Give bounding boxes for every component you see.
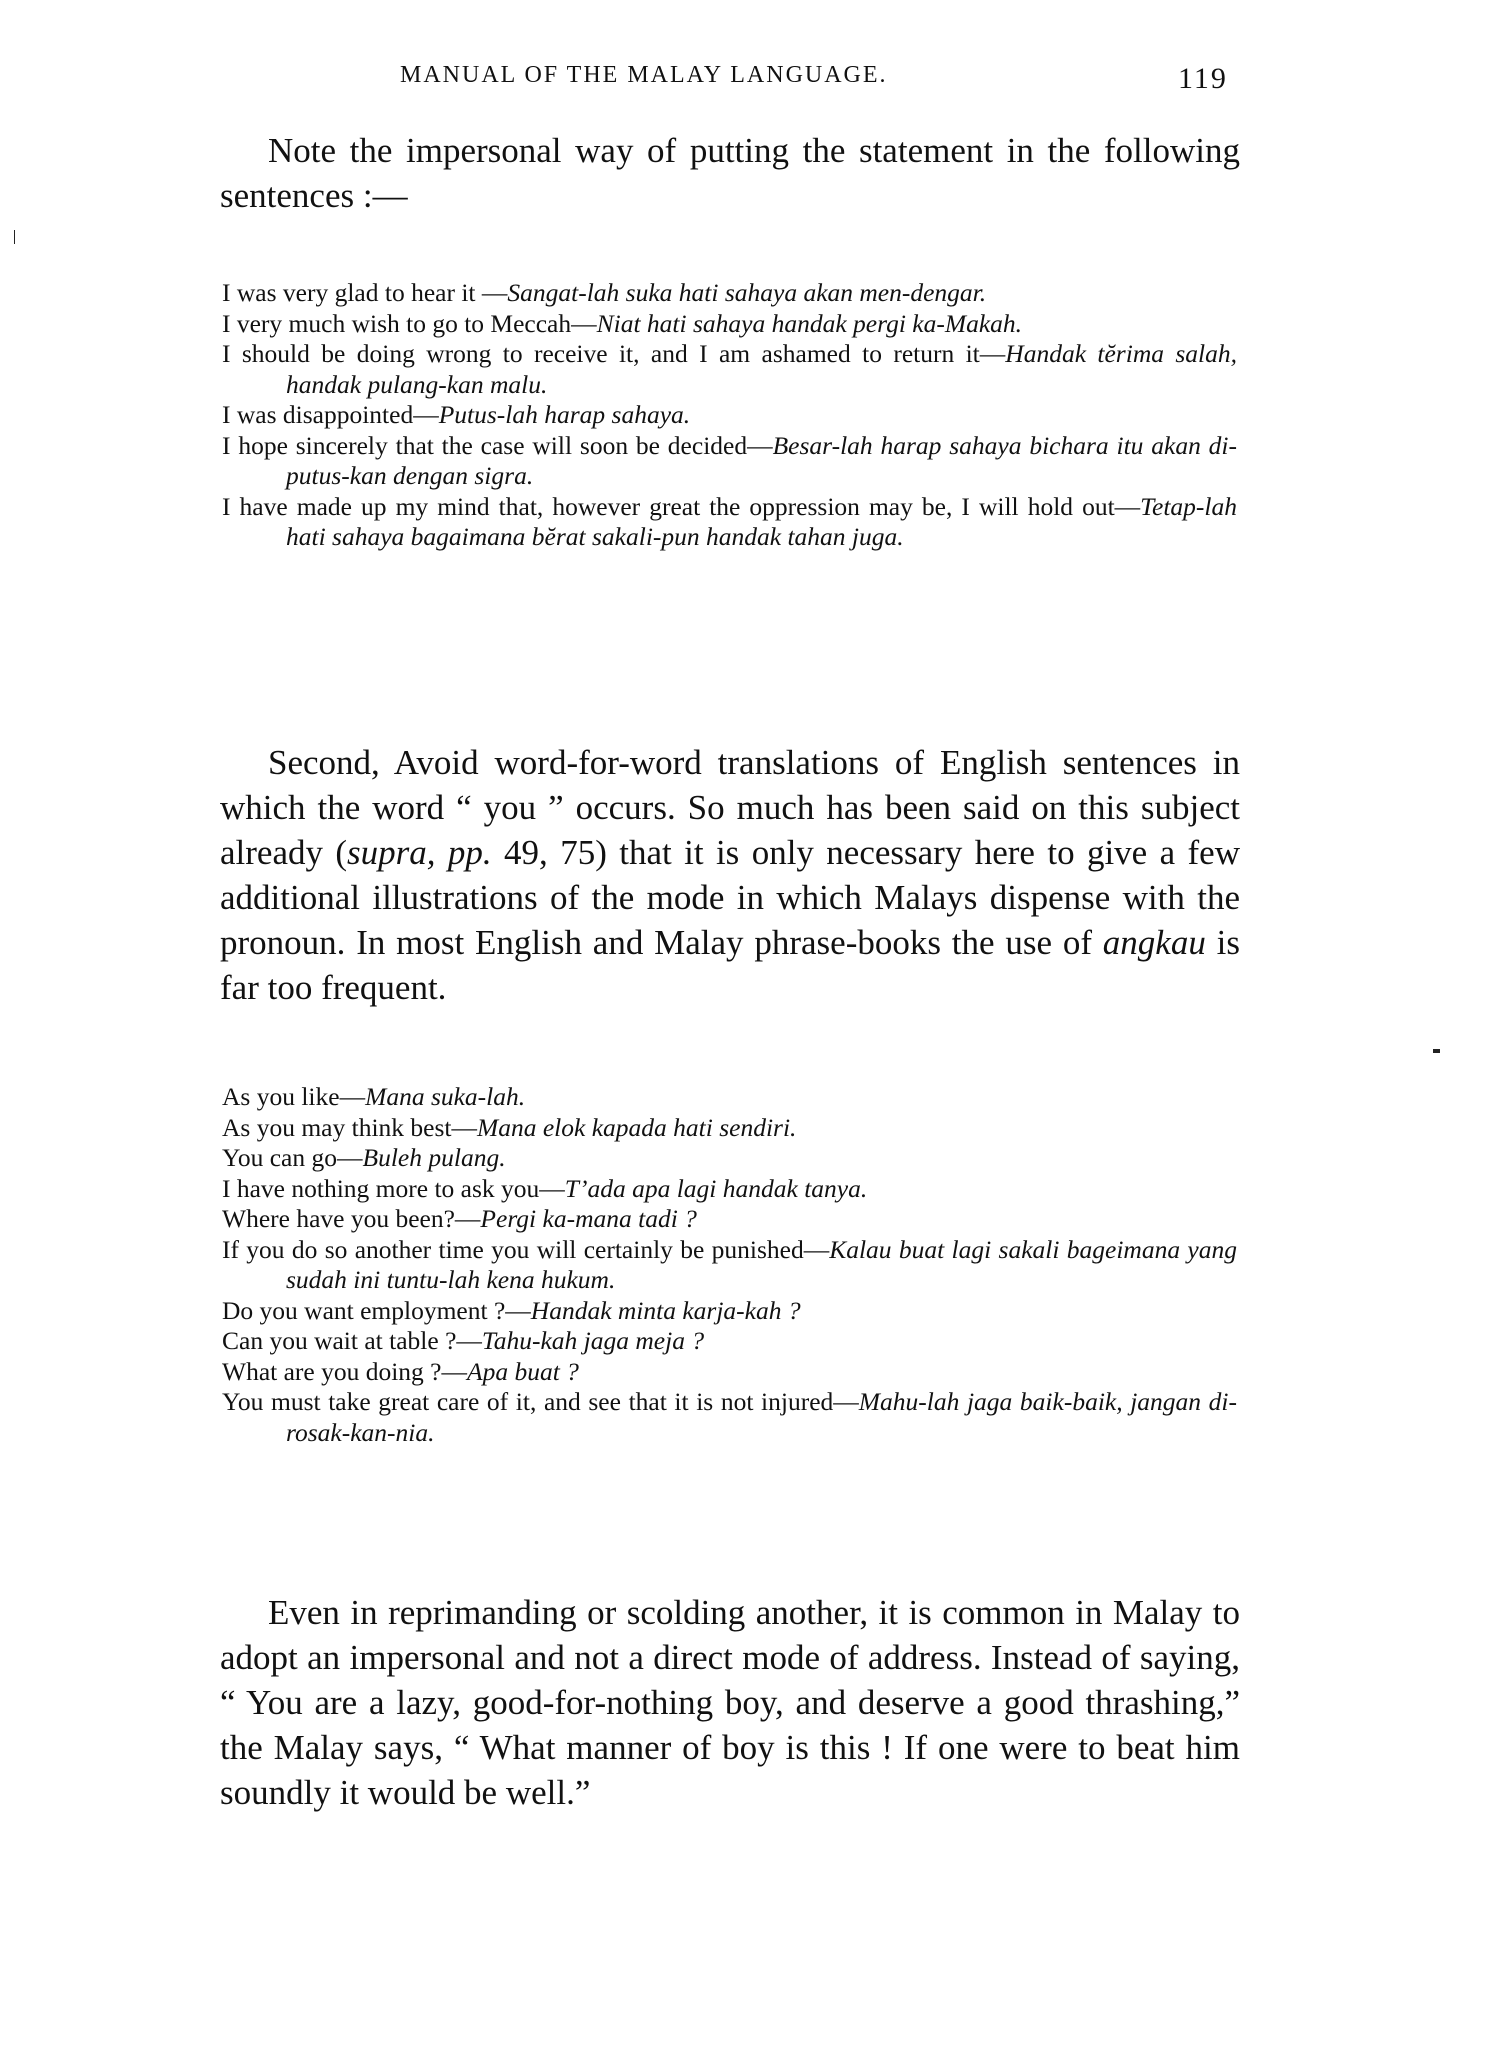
cross-reference: supra, pp. [347,833,492,872]
example-item: As you like—Mana suka-lah. [222,1082,1237,1113]
impersonal-examples-list: I was very glad to hear it —Sangat-lah s… [222,278,1237,553]
paragraph-text: Even in reprimanding or scolding another… [220,1593,1240,1812]
malay-translation: Handak minta karja-kah ? [531,1296,801,1325]
english-phrase: You can go— [222,1143,363,1172]
intro-text: Note the impersonal way of putting the s… [220,131,1240,215]
malay-translation: Mana suka-lah. [365,1082,525,1111]
example-item: Do you want employment ?—Handak minta ka… [222,1296,1237,1327]
page-number: 119 [1178,62,1228,96]
malay-translation: Apa buat ? [467,1357,579,1386]
example-item: Can you wait at table ?—Tahu-kah jaga me… [222,1326,1237,1357]
malay-translation: Tahu-kah jaga meja ? [482,1326,704,1355]
english-phrase: I was very glad to hear it — [222,278,507,307]
example-item: I was very glad to hear it —Sangat-lah s… [222,278,1237,309]
second-rule-paragraph: Second, Avoid word-for-word translations… [220,740,1240,1010]
running-title: MANUAL OF THE MALAY LANGUAGE. [400,62,888,89]
english-phrase: I very much wish to go to Meccah— [222,309,597,338]
english-phrase: As you may think best— [222,1113,477,1142]
english-phrase: I hope sincerely that the case will soon… [222,431,773,460]
malay-translation: Putus-lah harap sahaya. [439,400,690,429]
english-phrase: I should be doing wrong to receive it, a… [222,339,1005,368]
example-item: I have made up my mind that, however gre… [222,492,1237,553]
english-phrase: Where have you been?— [222,1204,480,1233]
english-phrase: You must take great care of it, and see … [222,1387,859,1416]
pronoun-examples-list: As you like—Mana suka-lah. As you may th… [222,1082,1237,1448]
example-item: If you do so another time you will certa… [222,1235,1237,1296]
example-item: I very much wish to go to Meccah—Niat ha… [222,309,1237,340]
english-phrase: I was disappointed— [222,400,439,429]
example-item: You can go—Buleh pulang. [222,1143,1237,1174]
malay-translation: Buleh pulang. [363,1143,506,1172]
example-item: Where have you been?—Pergi ka-mana tadi … [222,1204,1237,1235]
scan-margin-mark [14,230,15,244]
english-phrase: If you do so another time you will certa… [222,1235,829,1264]
example-item: As you may think best—Mana elok kapada h… [222,1113,1237,1144]
malay-translation: Pergi ka-mana tadi ? [480,1204,696,1233]
example-item: I should be doing wrong to receive it, a… [222,339,1237,400]
english-phrase: Can you wait at table ?— [222,1326,482,1355]
example-item: I was disappointed—Putus-lah harap sahay… [222,400,1237,431]
example-item: What are you doing ?—Apa buat ? [222,1357,1237,1388]
page-header: MANUAL OF THE MALAY LANGUAGE. 119 [0,62,1485,102]
malay-term: angkau [1103,923,1206,962]
malay-translation: Niat hati sahaya handak pergi ka-Makah. [597,309,1022,338]
book-page: MANUAL OF THE MALAY LANGUAGE. 119 Note t… [0,0,1485,2056]
english-phrase: As you like— [222,1082,365,1111]
example-item: You must take great care of it, and see … [222,1387,1237,1448]
example-item: I have nothing more to ask you—T’ada apa… [222,1174,1237,1205]
malay-translation: Sangat-lah suka hati sahaya akan men-den… [507,278,986,307]
example-item: I hope sincerely that the case will soon… [222,431,1237,492]
english-phrase: Do you want employment ?— [222,1296,531,1325]
malay-translation: T’ada apa lagi handak tanya. [565,1174,867,1203]
english-phrase: I have nothing more to ask you— [222,1174,565,1203]
scan-margin-dot [1433,1049,1440,1053]
reprimand-paragraph: Even in reprimanding or scolding another… [220,1590,1240,1815]
intro-paragraph: Note the impersonal way of putting the s… [220,128,1240,218]
english-phrase: I have made up my mind that, however gre… [222,492,1140,521]
malay-translation: Mana elok kapada hati sendiri. [477,1113,796,1142]
english-phrase: What are you doing ?— [222,1357,467,1386]
